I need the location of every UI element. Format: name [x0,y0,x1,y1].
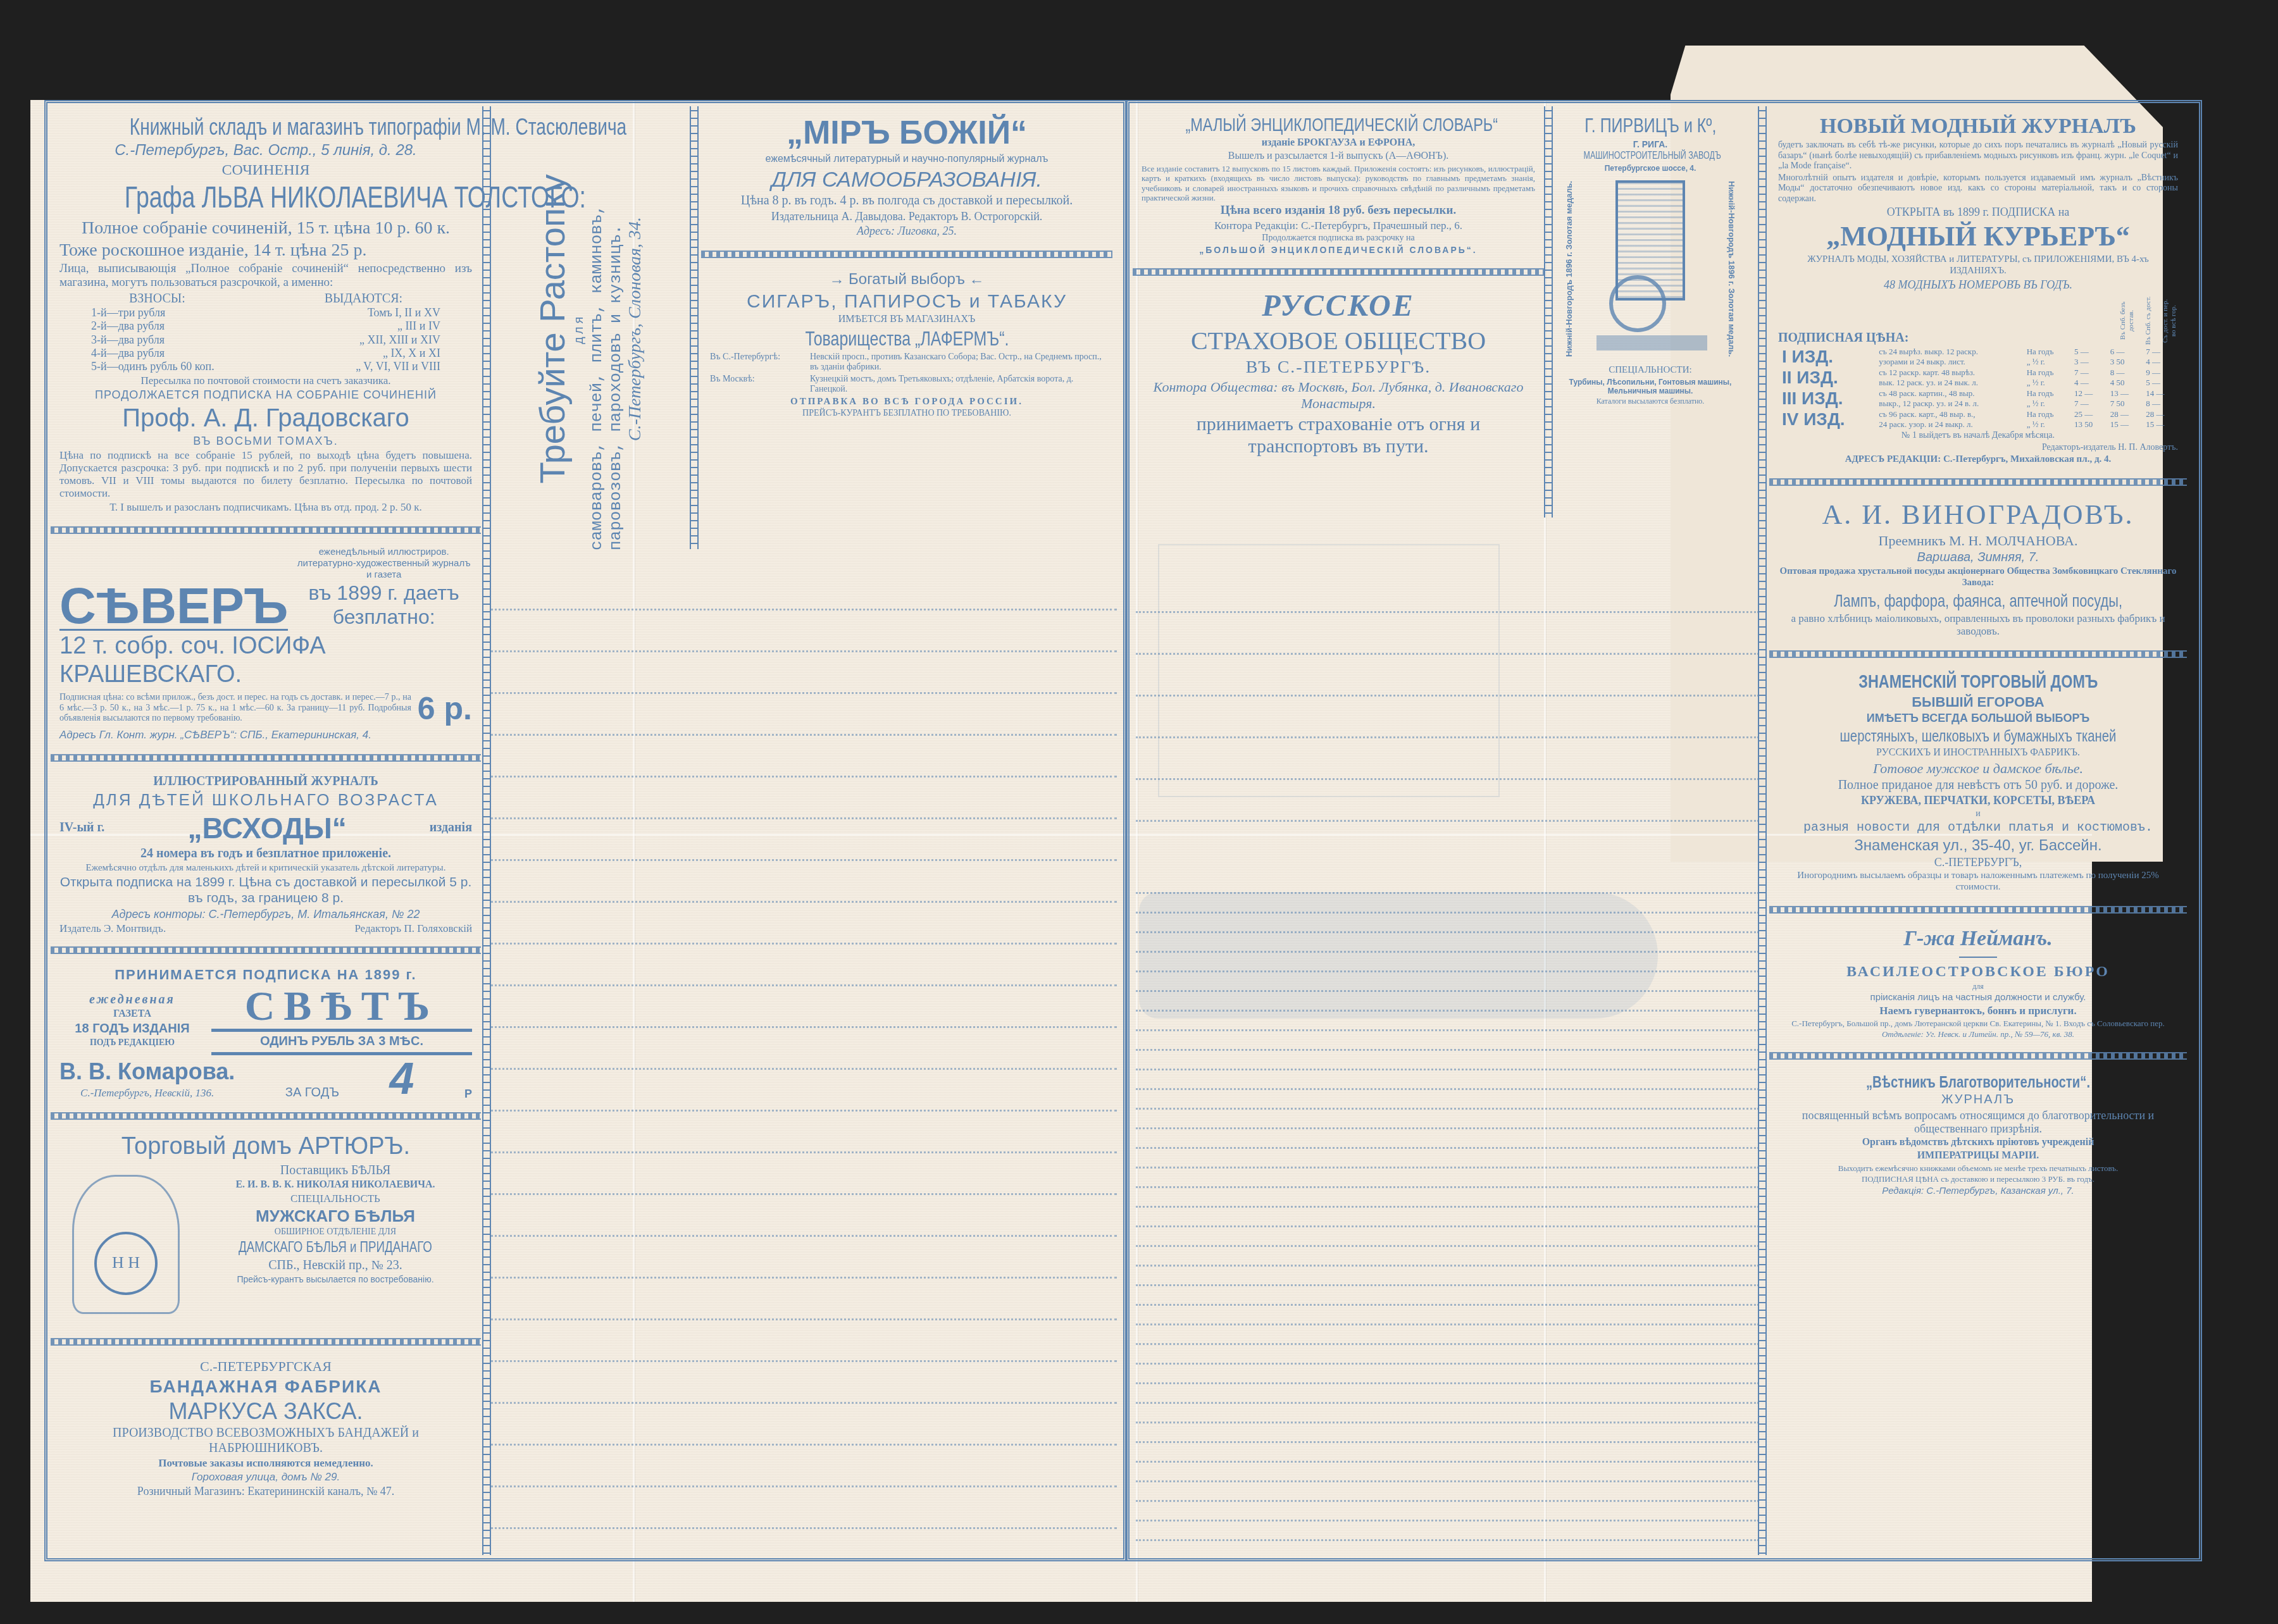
ad-text: ИМѢЕТЪ ВСЕГДА БОЛЬШОЙ ВЫБОРЪ [1778,712,2178,725]
ad-text: а равно хлѣбницъ маіоликовыхъ, оправленн… [1778,612,2178,638]
ad-laferm: → Богатый выборъ ← СИГАРЪ, ПАПИРОСЪ и ТА… [701,263,1112,427]
column-header: Въ Спб. съ дост. [2144,295,2153,346]
machine-base-icon [1596,335,1707,350]
ad-mir-bozhiy: „МІРЪ БОЖІЙ“ ежемѣсячный литературный и … [701,106,1112,245]
ad-znamensky: ЗНАМЕНСКІЙ ТОРГОВЫЙ ДОМЪ БЫВШІЙ ЕГОРОВА … [1769,663,2187,901]
ad-text: и [1778,809,2178,820]
ad-text: РУССКИХЪ И ИНОСТРАННЫХЪ ФАБРИКЪ. [1778,747,2178,759]
ad-address: Варшава, Зимняя, 7. [1778,550,2178,566]
ad-text: Прейсъ-курантъ высылается по востребован… [199,1274,472,1285]
price-label: ПОДПИСНАЯ ЦѢНА: [1778,331,1908,346]
ad-text: Все изданіе составитъ 12 выпусковъ по 15… [1142,164,1535,202]
table-row: 2-й—два рубля„ III и IV [91,319,440,333]
wavy-divider [1769,478,2187,486]
ad-text: Е. И. В. В. К. НИКОЛАЯ НИКОЛАЕВИЧА. [199,1179,472,1191]
ad-text: ДЛЯ ДѢТЕЙ ШКОЛЬНАГО ВОЗРАСТА [59,790,472,810]
ad-text: ВЪ ВОСЬМИ ТОМАХЪ. [59,435,472,448]
ad-text: МУЖСКАГО БѢЛЬЯ [199,1206,472,1226]
ad-text: паровозовъ, пароходовъ и кузницъ. [606,108,625,550]
ad-title: Г. ПИРВИЦЪ и Кº, [1584,114,1716,138]
ad-sever: СѢВЕРЪ еженедѣльный иллюстриров. литерат… [51,539,481,748]
ad-text: для [573,108,587,550]
ad-text: Готовое мужское и дамское бѣлье. [1778,760,2178,777]
magazine-title: „МОДНЫЙ КУРЬЕРЪ“ [1778,220,2178,253]
ad-address: Адресъ конторы: С.-Петербургъ, М. Италья… [59,908,472,921]
ad-vinogradov: А. И. ВИНОГРАДОВЪ. Преемникъ М. Н. МОЛЧА… [1769,491,2187,645]
ad-text: ОБШИРНОЕ ОТДѢЛЕНІЕ ДЛЯ [199,1227,472,1238]
table-row: 5-й—одинъ рубль 60 коп.„ V, VI, VII и VI… [91,360,440,373]
ad-address: С.-Петербургъ, Невскій, 136. [59,1087,235,1100]
show-through-ghost-print [1158,544,1500,797]
wavy-divider [701,251,1112,258]
ad-title: МАРКУСА ЗАКСА. [59,1398,472,1425]
wavy-divider [51,946,481,954]
shop-addresses: Въ С.-Петербургѣ:Невскій просп., противъ… [710,352,1104,395]
ad-text: ПОДПИСНАЯ ЦѢНА съ доставкою и пересылкою… [1778,1174,2178,1184]
ad-address: Знаменская ул., 35-40, уг. Бассейн. [1778,837,2178,855]
ad-text: Турбины, Лѣсопильни, Гонтовыя машины, Ме… [1564,378,1736,395]
ad-text: С.-ПЕТЕРБУРГСКАЯ [59,1358,472,1375]
column-header: Съ дост. и пер. во всѣ гор. [2162,295,2178,346]
ad-text: Иногороднимъ высылаемъ образцы и товаръ … [1778,871,2178,893]
editor: Редакторъ-издатель Н. П. Аловертъ. [1778,443,2178,454]
ad-text: МАШИНОСТРОИТЕЛЬНЫЙ ЗАВОДЪ [1584,151,1721,163]
ad-address: С.-Петербургъ, Большой пр., домъ Лютеран… [1778,1019,2178,1028]
crest-image: Н Н [59,1162,192,1327]
ad-slovar: „МАЛЫЙ ЭНЦИКЛОПЕДИЧЕСКІЙ СЛОВАРЬ“ издані… [1133,106,1544,263]
ad-title: Г-жа Нейманъ. [1778,926,2178,951]
ad-text: Подписная цѣна: со всѣми прилож., безъ д… [59,693,411,724]
ad-address: Редакція: С.-Петербургъ, Казанская ул., … [1778,1186,2178,1197]
table-row: 1-й—три рубляТомъ I, II и XV [91,306,440,319]
ad-address: Петербургское шоссе, 4. [1564,164,1736,173]
ad-text: Лица, выписывающія „Полное собраніе сочи… [59,262,472,290]
ad-title: Товарищества „ЛАФЕРМЪ“. [805,327,1009,351]
ad-address: Отдѣленіе: Уг. Невск. и Литейн. пр., № 5… [1778,1029,2178,1039]
ad-text: Многолѣтній опытъ издателя и довѣріе, ко… [1778,173,2178,205]
credits: Издатель Э. Монтвидъ. Редакторъ П. Голях… [59,922,472,935]
ad-zaks: С.-ПЕТЕРБУРГСКАЯ БАНДАЖНАЯ ФАБРИКА МАРКУ… [51,1351,481,1506]
price-table: I ИЗД.съ 24 вырѣз. выкр. 12 раскр.На год… [1778,346,2178,430]
ad-text: Цѣна всего изданія 18 руб. безъ пересылк… [1142,204,1535,218]
center-top-ads: „МІРЪ БОЖІЙ“ ежемѣсячный литературный и … [701,106,1112,427]
ad-pirvits: Г. ПИРВИЦЪ и Кº, Г. РИГА. МАШИНОСТРОИТЕЛ… [1555,106,1745,511]
ad-address: Гороховая улица, домъ № 29. [59,1471,472,1484]
ad-text: СПЕЦІАЛЬНОСТИ: [1564,365,1736,376]
ad-text: ЗА ГОДЪ [285,1086,339,1101]
ad-address: Контора Общества: въ Москвѣ, Бол. Лубянк… [1142,379,1535,412]
ad-text: ЖУРНАЛЪ МОДЫ, ХОЗЯЙСТВА и ЛИТЕРАТУРЫ, съ… [1778,254,2178,276]
ad-text: будетъ заключать въ себѣ тѣ-же рисунки, … [1778,140,2178,172]
editor: Редакторъ П. Голяховскій [354,922,472,935]
table-row: 4-й—два рубля„ IX, X и XI [91,347,440,360]
wavy-divider [51,754,481,762]
ad-text: ИЛЛЮСТРИРОВАННЫЙ ЖУРНАЛЪ [59,774,472,790]
medal-text: Нижній-Новгородъ 1896 г. Золотая медаль. [1727,181,1736,357]
wavy-divider [1133,268,1544,276]
ad-text: Лампъ, фарфора, фаянса, аптечной посуды, [1834,590,2122,611]
ad-text: ИМѢЕТСЯ ВЪ МАГАЗИНАХЪ [710,314,1104,326]
machine-engraving [1590,180,1710,357]
ad-svet: ПРИНИМАЕТСЯ ПОДПИСКА НА 1899 г. ежедневн… [51,959,481,1107]
ad-text: IV-ый г. [59,821,104,836]
ad-text: Р [464,1088,472,1101]
ad-address: Невскій просп., противъ Казанскаго Собор… [810,352,1104,373]
ad-text: Пересылка по почтовой стоимости на счетъ… [59,375,472,387]
magazine-title: „ВСХОДЫ“ [187,811,346,845]
ad-address: Адресъ Гл. Конт. журн. „СѢВЕРЪ“: СПБ., Е… [59,729,472,741]
ad-title: НОВЫЙ МОДНЫЙ ЖУРНАЛЪ [1778,114,2178,139]
ad-headline: СИГАРЪ, ПАПИРОСЪ и ТАБАКУ [710,290,1104,313]
medal-text: Нижній-Новгородъ 1896 г. Золотая медаль. [1564,181,1574,357]
ad-title: РУССКОЕ [1142,288,1535,325]
ad-text: изданіе БРОКГАУЗА и ЕФРОНА, [1142,137,1535,149]
ad-text: принимаетъ страхованіе отъ огня и трансп… [1142,413,1535,458]
ad-text: ПРОДОЛЖАЕТСЯ ПОДПИСКА НА СОБРАНІЕ СОЧИНЕ… [59,388,472,402]
column-header: ВЗНОСЫ: [129,292,185,307]
ad-address: Кузнецкій мостъ, домъ Третьяковыхъ; отдѣ… [810,375,1104,395]
ad-text: ЖУРНАЛЪ [1778,1093,2178,1108]
wavy-border [690,106,699,549]
ad-text: шерстяныхъ, шелковыхъ и бумажныхъ тканей [1840,726,2117,746]
ad-text: → Богатый выборъ ← [710,271,1104,288]
ad-text: ПОДЪ РЕДАКЦІЕЮ [59,1038,205,1049]
ad-title: Требуйте Растопку [532,108,573,550]
ad-text: Оптовая продажа хрустальной посуды акціо… [1778,566,2178,588]
wavy-divider [1769,650,2187,658]
ad-title: СТРАХОВОЕ ОБЩЕСТВО [1142,326,1535,356]
ad-text: Выходитъ ежемѣсячно книжками объемомъ не… [1778,1163,2178,1173]
ad-text: ежемѣсячный литературный и научно-популя… [710,154,1104,166]
ad-text: въ 1899 г. даетъ безплатно: [296,581,472,629]
publisher: Издатель Э. Монтвидъ. [59,922,166,935]
label: Въ С.-Петербургѣ: [710,352,805,373]
ad-text: Почтовые заказы исполняются немедленно. [59,1457,472,1470]
ad-text: Органъ вѣдомствъ дѣтскихъ пріютовъ учреж… [1778,1137,2178,1149]
ad-title: ЗНАМЕНСКІЙ ТОРГОВЫЙ ДОМЪ [1858,671,2098,693]
ad-text: Наемъ гувернантокъ, боннъ и прислуги. [1778,1005,2178,1017]
installment-table-header: ВЗНОСЫ: ВЫДАЮТСЯ: [59,292,472,307]
label: Въ Москвѣ: [710,375,805,395]
ad-text: Поставщикъ БѢЛЬЯ [199,1163,472,1179]
ad-text: Полное собраніе сочиненій, 15 т. цѣна 10… [59,218,472,239]
installment-table: 1-й—три рубляТомъ I, II и XV 2-й—два руб… [59,306,472,373]
ad-address: С.-Петербургъ, Вас. Остр., 5 линія, д. 2… [59,142,472,159]
ad-text: Каталоги высылаются безплатно. [1564,397,1736,406]
column-header: ВЫДАЮТСЯ: [325,292,402,307]
wavy-divider [51,1112,481,1120]
price-badge: 6 р. [418,690,472,728]
ad-vestnik: „Вѣстникъ Благотворительности“. ЖУРНАЛЪ … [1769,1065,2187,1205]
right-top-ads: „МАЛЫЙ ЭНЦИКЛОПЕДИЧЕСКІЙ СЛОВАРЬ“ издані… [1133,106,1544,465]
ad-text: СПЕЦІАЛЬНОСТЬ [199,1193,472,1205]
ad-text: БЫВШІЙ ЕГОРОВА [1778,694,2178,710]
ad-text: самоваровъ, печей, плитъ, каминовъ, [587,108,606,550]
ad-label: СОЧИНЕНІЯ [59,161,472,179]
ad-text: Полное приданое для невѣстъ отъ 50 руб. … [1778,778,2178,793]
ad-modny-zhurnal: НОВЫЙ МОДНЫЙ ЖУРНАЛЪ будетъ заключать въ… [1769,106,2187,473]
table-row: II ИЗД.съ 12 раскр. карт. 48 вырѣз.На го… [1778,367,2178,378]
magazine-title: „Вѣстникъ Благотворительности“. [1866,1072,2090,1092]
wavy-divider [51,526,481,534]
ad-stasyulevich: Книжный складъ и магазинъ типографіи М. … [51,106,481,521]
wavy-border [1544,106,1553,518]
ad-title: „МАЛЫЙ ЭНЦИКЛОПЕДИЧЕСКІЙ СЛОВАРЬ“ [1186,114,1498,136]
table-row: 3-й—два рубля„ XII, XIII и XIV [91,333,440,347]
ad-text: разныя новости для отдѣлки платья и кост… [1778,821,2178,836]
ad-text: Вышелъ и разсылается 1-й выпускъ (А—АѲОН… [1142,151,1535,163]
ad-text: № 1 выйдетъ въ началѣ Декабря мѣсяца. [1778,431,2178,442]
ad-artur: Торговый домъ АРТЮРЪ. Н Н Поставщикъ БѢЛ… [51,1125,481,1333]
left-ad-column: Книжный складъ и магазинъ типографіи М. … [51,106,481,1506]
ad-text: ОТПРАВКА ВО ВСѢ ГОРОДА РОССІИ. [710,397,1104,408]
ad-text: ежедневная [59,993,205,1008]
ad-text: Т. I вышелъ и разосланъ подписчикамъ. Цѣ… [59,501,472,514]
column-header: Въ Спб. безъ достав. [2119,295,2136,346]
price-badge: 4 [390,1057,414,1101]
editor-name: В. В. Комарова. [59,1058,235,1085]
monogram-icon: Н Н [94,1232,158,1295]
ad-address: СПБ., Невскій пр., № 23. [199,1258,472,1274]
ad-text: Ежемѣсячно отдѣлъ для маленькихъ дѣтей и… [59,863,472,874]
ad-title: А. И. ВИНОГРАДОВЪ. [1778,499,2178,531]
newspaper-title: СВѢТЪ [211,986,472,1027]
ad-address: Адресъ: Лиговка, 25. [710,225,1104,238]
ad-text: Г. РИГА. [1564,139,1736,150]
ad-text: пріисканія лицъ на частныя должности и с… [1778,992,2178,1003]
table-row: I ИЗД.съ 24 вырѣз. выкр. 12 раскр.На год… [1778,346,2178,357]
ad-title: ВАСИЛЕОСТРОВСКОЕ БЮРО [1778,963,2178,981]
author-name: Проф. А. Д. Градовскаго [59,404,472,433]
ad-text: ПРЕЙСЪ-КУРАНТЪ БЕЗПЛАТНО ПО ТРЕБОВАНІЮ. [710,409,1104,419]
flywheel-icon [1609,275,1666,332]
ad-text: 48 МОДНЫХЪ НОМЕРОВЪ ВЪ ГОДЪ. [1778,278,2178,292]
magazine-title: СѢВЕРЪ [59,583,288,631]
ad-text: ГАЗЕТА [59,1008,205,1020]
ad-text: еженедѣльный иллюстриров. литературно-ху… [296,547,472,580]
magazine-title: „МІРЪ БОЖІЙ“ [710,114,1104,152]
wavy-border [482,106,491,1555]
ad-neyman: Г-жа Нейманъ. ВАСИЛЕОСТРОВСКОЕ БЮРО для … [1769,919,2187,1047]
ad-text: ДЛЯ САМООБРАЗОВАНІЯ. [710,167,1104,192]
ad-text: ВЪ С.-ПЕТЕРБУРГѢ. [1142,357,1535,378]
ad-text: КРУЖЕВА, ПЕРЧАТКИ, КОРСЕТЫ, ВѢЕРА [1778,794,2178,807]
show-through-ghost-bottle [1139,892,1658,1019]
ad-text: С.-ПЕТЕРБУРГЪ, [1778,856,2178,869]
ad-text: ПРИНИМАЕТСЯ ПОДПИСКА НА 1899 г. [59,967,472,983]
ad-address: Розничный Магазинъ: Екатерининскій канал… [59,1485,472,1498]
ad-text: ПРОИЗВОДСТВО ВСЕВОЗМОЖНЫХЪ БАНДАЖЕЙ и НА… [59,1426,472,1456]
table-row: III ИЗД.съ 48 раск. картин., 48 выр.На г… [1778,388,2178,399]
ad-text: ОТКРЫТА въ 1899 г. ПОДПИСКА на [1778,206,2178,219]
ad-title: БАНДАЖНАЯ ФАБРИКА [59,1376,472,1397]
ad-text: для [1778,982,2178,991]
ad-text: Тоже роскошное изданіе, 14 т. цѣна 25 р. [59,240,472,261]
ad-vskhody: ИЛЛЮСТРИРОВАННЫЙ ЖУРНАЛЪ ДЛЯ ДѢТЕЙ ШКОЛЬ… [51,767,481,942]
ad-text: Цѣна по подпискѣ на все собраніе 15 рубл… [59,449,472,500]
ad-text: 18 ГОДЪ ИЗДАНІЯ [59,1022,205,1037]
ad-text: Цѣна 8 р. въ годъ. 4 р. въ полгода съ до… [710,194,1104,209]
ad-text: изданія [430,821,472,836]
ad-text: 24 номера въ годъ и безплатное приложені… [59,846,472,862]
wavy-divider [1769,1052,2187,1060]
ad-text: Открыта подписка на 1899 г. Цѣна съ дост… [59,875,472,907]
ad-text: Продолжается подписка въ разсрочку на [1142,233,1535,244]
ad-address: С.-Петербургъ, Слоновая, 34. [625,108,645,550]
ad-text: „БОЛЬШОЙ ЭНЦИКЛОПЕДИЧЕСКІЙ СЛОВАРЬ“. [1142,245,1535,256]
wavy-border [1758,106,1767,1555]
ad-text: ДАМСКАГО БѢЛЬЯ и ПРИДАНАГО [239,1239,432,1256]
ad-rastopka: Требуйте Растопку для самоваровъ, печей,… [532,108,645,550]
divider [1959,957,1997,958]
author-name: Графа ЛЬВА НИКОЛАЕВИЧА ТОЛСТОГО: [125,180,586,216]
wavy-divider [51,1338,481,1346]
ad-insurance: РУССКОЕ СТРАХОВОЕ ОБЩЕСТВО ВЪ С.-ПЕТЕРБУ… [1133,281,1544,466]
ad-text: Издательница А. Давыдова. Редакторъ В. О… [710,210,1104,223]
right-ad-column: НОВЫЙ МОДНЫЙ ЖУРНАЛЪ будетъ заключать въ… [1769,106,2187,1204]
ad-title: Торговый домъ АРТЮРЪ. [59,1132,472,1161]
ad-text: ОДИНЪ РУБЛЬ ЗА 3 МѢС. [211,1029,472,1055]
table-row: IV ИЗД.съ 96 раск. карт., 48 выр. в.,На … [1778,409,2178,419]
wavy-divider [1769,906,2187,914]
ad-headline: 12 т. собр. соч. ІОСИФА КРАШЕВСКАГО. [59,632,472,689]
ad-text: Преемникъ М. Н. МОЛЧАНОВА. [1778,533,2178,549]
ad-text: ИМПЕРАТРИЦЫ МАРІИ. [1778,1150,2178,1162]
ad-address: АДРЕСЪ РЕДАКЦІИ: С.-Петербургъ, Михайлов… [1778,454,2178,466]
ad-text: посвященный всѣмъ вопросамъ относящимся … [1778,1109,2178,1136]
ad-address: Контора Редакціи: С.-Петербургъ, Прачешн… [1142,220,1535,232]
